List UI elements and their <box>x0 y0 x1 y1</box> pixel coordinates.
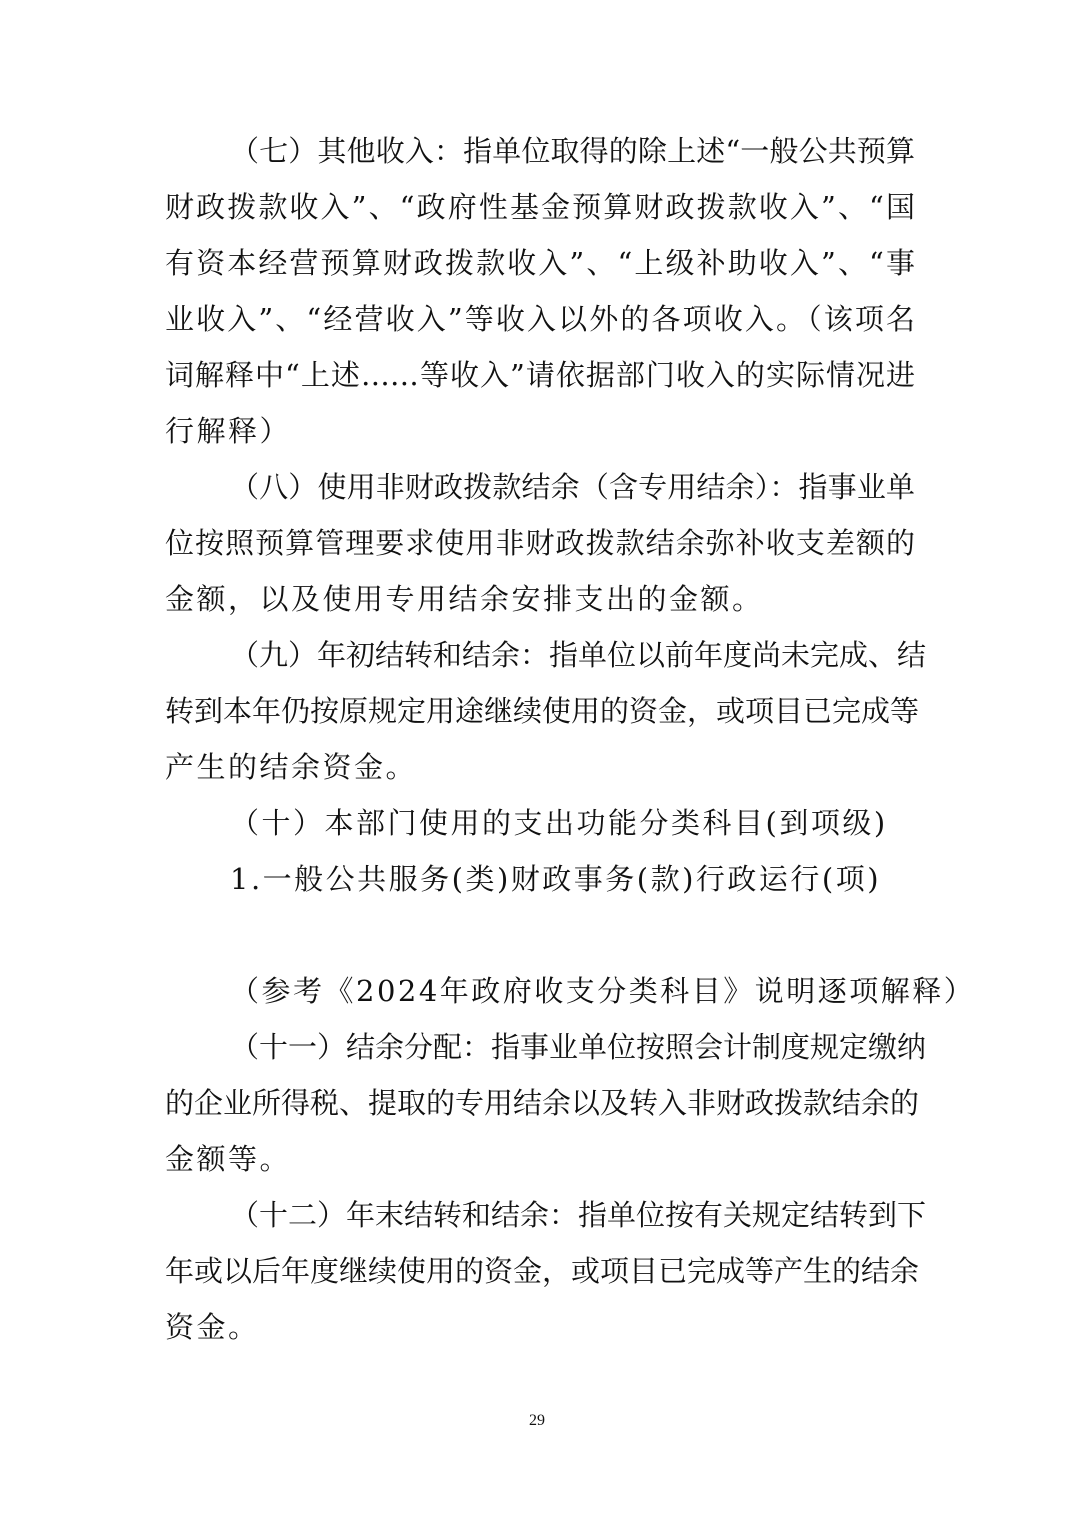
paragraph-line: 有资本经营预算财政拨款收入”、“上级补助收入”、“事 <box>165 243 915 283</box>
paragraph-line: 产生的结余资金。 <box>165 747 915 787</box>
paragraph-line: 财政拨款收入”、“政府性基金预算财政拨款收入”、“国 <box>165 187 915 227</box>
paragraph-line: （七）其他收入：指单位取得的除上述“一般公共预算 <box>230 131 915 171</box>
paragraph-line: （九）年初结转和结余：指单位以前年度尚未完成、结 <box>230 635 915 675</box>
paragraph-line: （参考《2024年政府收支分类科目》说明逐项解释） <box>230 971 915 1011</box>
paragraph-line: 行解释） <box>165 411 915 451</box>
paragraph-line: 的企业所得税、提取的专用结余以及转入非财政拨款结余的 <box>165 1083 915 1123</box>
page-number: 29 <box>0 1412 1074 1430</box>
paragraph-line: 1.一般公共服务(类)财政事务(款)行政运行(项) <box>230 859 915 899</box>
paragraph-line: （十二）年末结转和结余：指单位按有关规定结转到下 <box>230 1195 915 1235</box>
paragraph-line: 年或以后年度继续使用的资金，或项目已完成等产生的结余 <box>165 1251 915 1291</box>
paragraph-line: 词解释中“上述……等收入”请依据部门收入的实际情况进 <box>165 355 915 395</box>
paragraph-line: 业收入”、“经营收入”等收入以外的各项收入。（该项名 <box>165 299 915 339</box>
paragraph-line: 位按照预算管理要求使用非财政拨款结余弥补收支差额的 <box>165 523 915 563</box>
paragraph-line: 金额，以及使用专用结余安排支出的金额。 <box>165 579 915 619</box>
paragraph-line: （十）本部门使用的支出功能分类科目(到项级) <box>230 803 915 843</box>
paragraph-line: （八）使用非财政拨款结余（含专用结余）：指事业单 <box>230 467 915 507</box>
paragraph-line: （十一）结余分配：指事业单位按照会计制度规定缴纳 <box>230 1027 915 1067</box>
paragraph-line: 资金。 <box>165 1307 915 1347</box>
document-page: （七）其他收入：指单位取得的除上述“一般公共预算财政拨款收入”、“政府性基金预算… <box>0 0 1074 1520</box>
paragraph-line: 转到本年仍按原规定用途继续使用的资金，或项目已完成等 <box>165 691 915 731</box>
paragraph-line: 金额等。 <box>165 1139 915 1179</box>
